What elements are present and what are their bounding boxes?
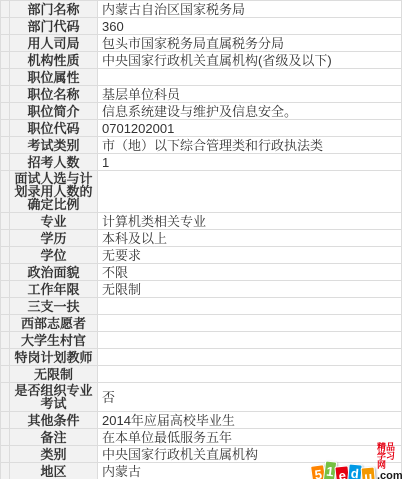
row-value: 中央国家行政机关直属机构(省级及以下): [98, 52, 402, 69]
row-label: 备注: [10, 429, 98, 446]
row-value: [98, 332, 402, 349]
row-label: 学位: [10, 247, 98, 264]
row-spacer-cell: [1, 412, 10, 429]
table-row: 地区 内蒙古: [1, 463, 402, 479]
row-value: [98, 366, 402, 383]
position-detail-table: 部门名称 内蒙古自治区国家税务局 部门代码 360 用人司局 包头市国家税务局直…: [0, 0, 402, 479]
row-label: 类别: [10, 446, 98, 463]
table-row: 三支一扶: [1, 298, 402, 315]
table-row: 招考人数 1: [1, 154, 402, 171]
row-spacer-cell: [1, 315, 10, 332]
row-value: 本科及以上: [98, 230, 402, 247]
row-value: 内蒙古: [98, 463, 402, 479]
table-row: 职位属性: [1, 69, 402, 86]
row-value: 无限制: [98, 281, 402, 298]
row-label: 职位简介: [10, 103, 98, 120]
row-label: 用人司局: [10, 35, 98, 52]
row-spacer-cell: [1, 103, 10, 120]
row-label: 工作年限: [10, 281, 98, 298]
table-row: 无限制: [1, 366, 402, 383]
row-spacer-cell: [1, 366, 10, 383]
table-row: 职位简介 信息系统建设与维护及信息安全。: [1, 103, 402, 120]
row-label: 其他条件: [10, 412, 98, 429]
table-row: 学历 本科及以上: [1, 230, 402, 247]
row-spacer-cell: [1, 281, 10, 298]
table-row: 西部志愿者: [1, 315, 402, 332]
row-spacer-cell: [1, 264, 10, 281]
row-spacer-cell: [1, 332, 10, 349]
row-spacer-cell: [1, 463, 10, 479]
row-label: 专业: [10, 213, 98, 230]
table-row: 学位 无要求: [1, 247, 402, 264]
table-row: 其他条件 2014年应届高校毕业生: [1, 412, 402, 429]
row-label: 学历: [10, 230, 98, 247]
row-spacer-cell: [1, 137, 10, 154]
row-label: 面试人选与计划录用人数的确定比例: [10, 171, 98, 213]
table-row: 特岗计划教师: [1, 349, 402, 366]
row-spacer-cell: [1, 1, 10, 18]
table-row: 用人司局 包头市国家税务局直属税务分局: [1, 35, 402, 52]
row-value: 0701202001: [98, 120, 402, 137]
row-label: 部门代码: [10, 18, 98, 35]
row-value: [98, 298, 402, 315]
row-spacer-cell: [1, 446, 10, 463]
row-value: 包头市国家税务局直属税务分局: [98, 35, 402, 52]
row-value: [98, 171, 402, 213]
row-label: 考试类别: [10, 137, 98, 154]
row-label: 职位属性: [10, 69, 98, 86]
table-row: 类别 中央国家行政机关直属机构: [1, 446, 402, 463]
row-value: 计算机类相关专业: [98, 213, 402, 230]
row-value: 2014年应届高校毕业生: [98, 412, 402, 429]
table-row: 面试人选与计划录用人数的确定比例: [1, 171, 402, 213]
position-table-body: 部门名称 内蒙古自治区国家税务局 部门代码 360 用人司局 包头市国家税务局直…: [1, 1, 402, 479]
table-row: 部门代码 360: [1, 18, 402, 35]
row-label: 政治面貌: [10, 264, 98, 281]
row-spacer-cell: [1, 429, 10, 446]
table-row: 职位代码 0701202001: [1, 120, 402, 137]
row-value: 否: [98, 383, 402, 412]
row-spacer-cell: [1, 213, 10, 230]
row-spacer-cell: [1, 69, 10, 86]
row-value: 360: [98, 18, 402, 35]
row-label: 职位名称: [10, 86, 98, 103]
row-value: 不限: [98, 264, 402, 281]
row-label: 西部志愿者: [10, 315, 98, 332]
row-label: 机构性质: [10, 52, 98, 69]
row-spacer-cell: [1, 86, 10, 103]
row-value: 无要求: [98, 247, 402, 264]
table-row: 大学生村官: [1, 332, 402, 349]
row-label: 地区: [10, 463, 98, 479]
table-row: 职位名称 基层单位科员: [1, 86, 402, 103]
row-label: 职位代码: [10, 120, 98, 137]
row-label: 无限制: [10, 366, 98, 383]
row-label: 大学生村官: [10, 332, 98, 349]
row-spacer-cell: [1, 230, 10, 247]
row-value: [98, 349, 402, 366]
row-value: 市（地）以下综合管理类和行政执法类: [98, 137, 402, 154]
row-value: 在本单位最低服务五年: [98, 429, 402, 446]
row-value: [98, 315, 402, 332]
row-value: 中央国家行政机关直属机构: [98, 446, 402, 463]
row-spacer-cell: [1, 171, 10, 213]
table-row: 机构性质 中央国家行政机关直属机构(省级及以下): [1, 52, 402, 69]
row-label: 部门名称: [10, 1, 98, 18]
row-value: 基层单位科员: [98, 86, 402, 103]
row-spacer-cell: [1, 349, 10, 366]
row-label: 招考人数: [10, 154, 98, 171]
table-row: 部门名称 内蒙古自治区国家税务局: [1, 1, 402, 18]
row-value: 内蒙古自治区国家税务局: [98, 1, 402, 18]
row-value: 信息系统建设与维护及信息安全。: [98, 103, 402, 120]
table-row: 备注 在本单位最低服务五年: [1, 429, 402, 446]
row-label: 三支一扶: [10, 298, 98, 315]
table-row: 是否组织专业考试 否: [1, 383, 402, 412]
row-spacer-cell: [1, 18, 10, 35]
row-spacer-cell: [1, 120, 10, 137]
row-spacer-cell: [1, 298, 10, 315]
row-value: [98, 69, 402, 86]
row-value: 1: [98, 154, 402, 171]
job-position-detail-page: 部门名称 内蒙古自治区国家税务局 部门代码 360 用人司局 包头市国家税务局直…: [0, 0, 402, 479]
row-spacer-cell: [1, 247, 10, 264]
row-spacer-cell: [1, 35, 10, 52]
row-label: 特岗计划教师: [10, 349, 98, 366]
row-label: 是否组织专业考试: [10, 383, 98, 412]
row-spacer-cell: [1, 154, 10, 171]
row-spacer-cell: [1, 52, 10, 69]
table-row: 工作年限 无限制: [1, 281, 402, 298]
table-row: 考试类别 市（地）以下综合管理类和行政执法类: [1, 137, 402, 154]
row-spacer-cell: [1, 383, 10, 412]
table-row: 专业 计算机类相关专业: [1, 213, 402, 230]
table-row: 政治面貌 不限: [1, 264, 402, 281]
